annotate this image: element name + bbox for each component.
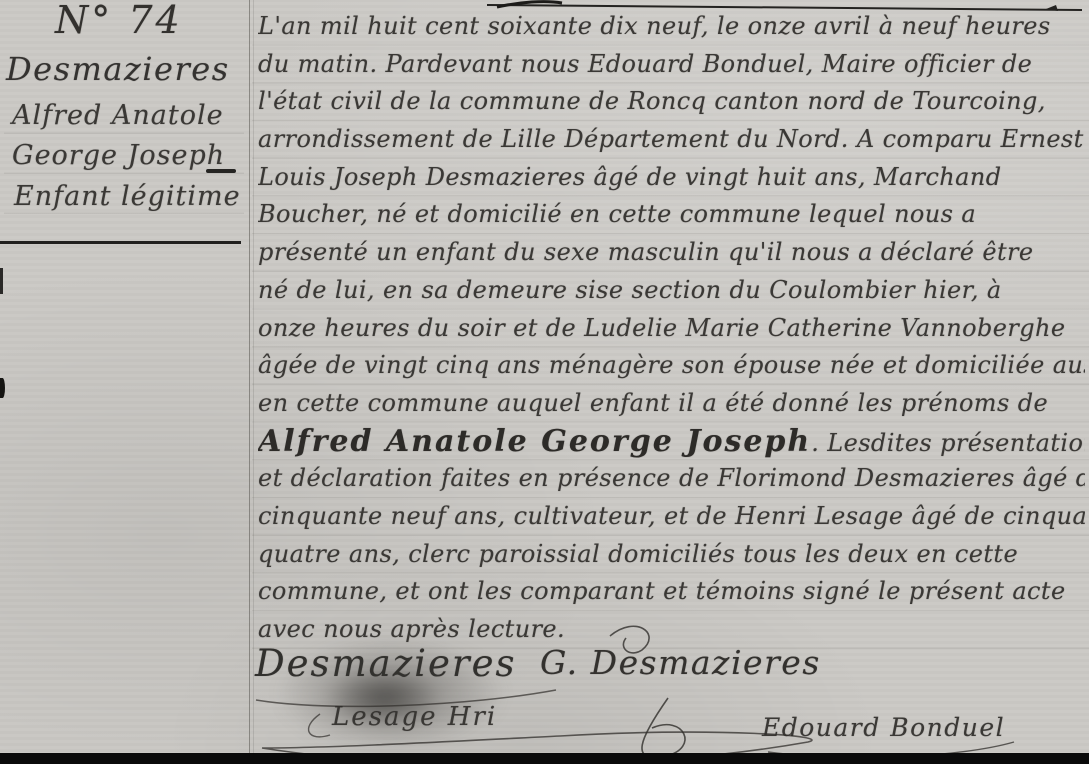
act-line: âgée de vingt cinq ans ménagère son épou… [258, 347, 1085, 385]
left-edge-mark [0, 268, 3, 294]
act-line: Louis Joseph Desmazieres âgé de vingt hu… [258, 159, 1085, 197]
act-line: L'an mil huit cent soixante dix neuf, le… [258, 8, 1085, 46]
child-given-names: Alfred Anatole George Joseph [258, 424, 811, 459]
act-line: en cette commune auquel enfant il a été … [258, 385, 1085, 423]
signature-witness-desmazieres: G. Desmazieres [540, 643, 821, 682]
act-line: commune, et ont les comparant et témoins… [258, 573, 1085, 611]
act-line: et déclaration faites en présence de Flo… [258, 460, 1085, 498]
margin-filler-dash [206, 169, 236, 173]
act-line: arrondissement de Lille Département du N… [258, 121, 1085, 159]
left-edge-blot [0, 378, 5, 398]
signature-declarant: Desmazieres [255, 642, 517, 685]
act-line: cinquante neuf ans, cultivateur, et de H… [258, 498, 1085, 536]
act-body-text: L'an mil huit cent soixante dix neuf, le… [258, 8, 1085, 649]
signature-descender-flourish [642, 698, 685, 757]
margin-surname: Desmazieres [6, 50, 230, 88]
signature-witness-lesage: Lesage Hri [332, 702, 497, 732]
act-line: présenté un enfant du sexe masculin qu'i… [258, 234, 1085, 272]
signature-officer: Edouard Bonduel [762, 713, 1005, 742]
act-line: l'état civil de la commune de Roncq cant… [258, 83, 1085, 121]
act-line: Boucher, né et domicilié en cette commun… [258, 196, 1085, 234]
top-edge-ink-stroke [497, 2, 562, 7]
bottom-edge-bar [0, 753, 1089, 764]
act-line: du matin. Pardevant nous Edouard Bonduel… [258, 46, 1085, 84]
margin-underline-rule [0, 241, 241, 244]
act-number: N° 74 [55, 0, 183, 42]
lesage-flourish [309, 714, 330, 737]
act-line: onze heures du soir et de Ludelie Marie … [258, 310, 1085, 348]
margin-column-rule [249, 0, 250, 753]
margin-column-rule-faint [253, 0, 254, 753]
margin-column: N° 74 Desmazieres Alfred Anatole George … [0, 0, 250, 764]
margin-given-names-line2: George Joseph [12, 140, 225, 171]
margin-given-names-line1: Alfred Anatole [12, 100, 224, 131]
margin-filiation-note: Enfant légitime [14, 181, 241, 212]
act-line-given-names: Alfred Anatole George Joseph. Lesdites p… [258, 423, 1085, 461]
act-line: né de lui, en sa demeure sise section du… [258, 272, 1085, 310]
act-line-after-names: . Lesdites présentation [811, 429, 1085, 457]
register-page-scan: N° 74 Desmazieres Alfred Anatole George … [0, 0, 1089, 764]
act-line: quatre ans, clerc paroissial domiciliés … [258, 536, 1085, 574]
